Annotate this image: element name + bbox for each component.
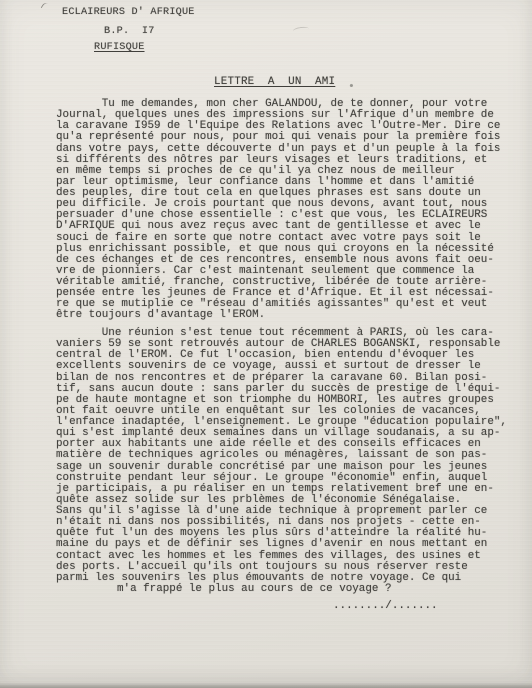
letter-page: ECLAIREURS D' AFRIQUE B.P. I7 RUFISQUE L… xyxy=(0,0,532,688)
continuation-marker: ......../....... xyxy=(333,601,438,612)
page-edge-shadow xyxy=(0,683,532,688)
paragraph-1: Tu me demandes, mon cher GALANDOU, de te… xyxy=(56,99,500,322)
pen-mark xyxy=(41,2,51,12)
letterhead-pobox: B.P. I7 xyxy=(104,26,155,37)
paragraph-2: Une réunion s'est tenue tout récemment à… xyxy=(56,328,507,584)
faint-mark xyxy=(293,26,310,34)
letter-title: LETTRE A UN AMI xyxy=(214,77,335,88)
letterhead-city: RUFISQUE xyxy=(94,42,145,53)
closing-question: m'a frappé le plus au cours de ce voyage… xyxy=(117,584,392,595)
letterhead-org: ECLAIREURS D' AFRIQUE xyxy=(62,7,195,18)
ink-speck xyxy=(350,84,354,87)
